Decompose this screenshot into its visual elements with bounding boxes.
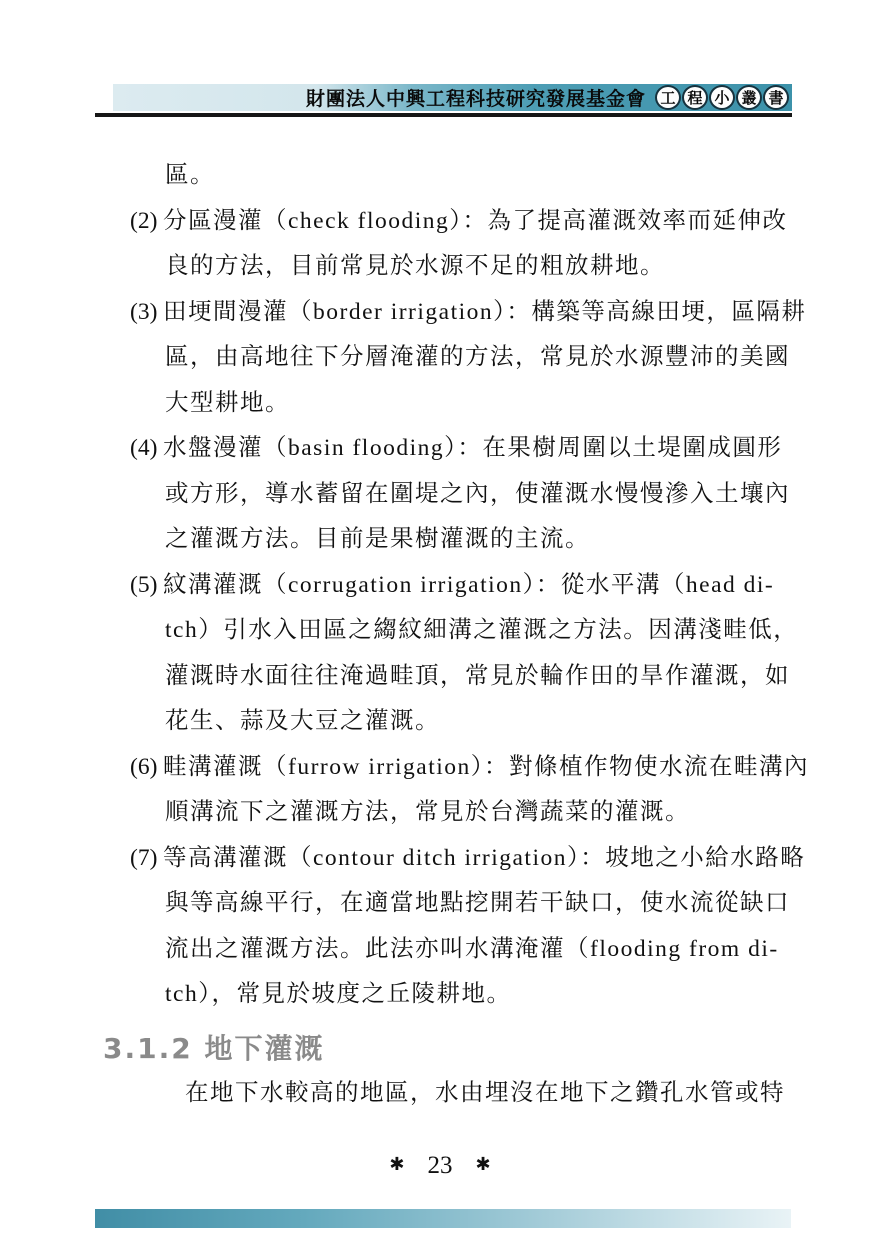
series-badge-char: 工 — [655, 85, 681, 110]
text-line: 良的方法，目前常見於水源不足的粗放耕地。 — [130, 244, 790, 290]
text-line: 大型耕地。 — [130, 381, 790, 427]
text-line: 之灌溉方法。目前是果樹灌溉的主流。 — [130, 517, 790, 563]
series-badge-char: 小 — [709, 85, 735, 110]
list-item-4: (4)水盤漫灌（basin flooding）：在果樹周圍以土堤圍成圓形 或方形… — [130, 426, 790, 563]
text-line: 與等高線平行，在適當地點挖開若干缺口，使水流從缺口 — [130, 881, 790, 927]
footer-bar — [95, 1209, 791, 1228]
text-line: 區。 — [130, 153, 790, 199]
page-content: 區。 (2)分區漫灌（check flooding）：為了提高灌溉效率而延伸改 … — [130, 153, 790, 1117]
list-item-5: (5)紋溝灌溉（corrugation irrigation）：從水平溝（hea… — [130, 563, 790, 745]
text-line: (3)田埂間漫灌（border irrigation）：構築等高線田埂，區隔耕 — [130, 290, 790, 336]
text-line: tch）引水入田區之縐紋細溝之灌溉之方法。因溝淺畦低， — [130, 608, 790, 654]
section-heading: 3.1.2 地下灌溉 — [103, 1018, 790, 1072]
text-line: (5)紋溝灌溉（corrugation irrigation）：從水平溝（hea… — [130, 563, 790, 609]
page-number: 23 — [428, 1152, 453, 1179]
series-badge-char: 程 — [682, 85, 708, 110]
text-line: 區，由高地往下分層淹灌的方法，常見於水源豐沛的美國 — [130, 335, 790, 381]
text-line: (6)畦溝灌溉（furrow irrigation）：對條植作物使水流在畦溝內 — [130, 745, 790, 791]
series-badge-char: 叢 — [736, 85, 762, 110]
list-item-3: (3)田埂間漫灌（border irrigation）：構築等高線田埂，區隔耕 … — [130, 290, 790, 427]
text-line: (7)等高溝灌溉（contour ditch irrigation）：坡地之小給… — [130, 836, 790, 882]
item-number: (5) — [130, 563, 163, 609]
text-line: 分區漫灌（check flooding）：為了提高灌溉效率而延伸改 — [163, 208, 788, 234]
series-badges: 工 程 小 叢 書 — [655, 85, 789, 110]
item-number: (3) — [130, 290, 163, 336]
item-number: (6) — [130, 745, 163, 791]
text-line: 或方形，導水蓄留在圍堤之內，使灌溉水慢慢滲入土壤內 — [130, 472, 790, 518]
text-line: 田埂間漫灌（border irrigation）：構築等高線田埂，區隔耕 — [163, 299, 806, 325]
paragraph-line: 在地下水較高的地區，水由埋沒在地下之鑽孔水管或特 — [130, 1071, 790, 1117]
text-line: (2)分區漫灌（check flooding）：為了提高灌溉效率而延伸改 — [130, 199, 790, 245]
text-line: 紋溝灌溉（corrugation irrigation）：從水平溝（head d… — [163, 572, 774, 598]
list-item-7: (7)等高溝灌溉（contour ditch irrigation）：坡地之小給… — [130, 836, 790, 1018]
page-number-row: ✱23✱ — [0, 1152, 880, 1180]
item-number: (4) — [130, 426, 163, 472]
text-line: 流出之灌溉方法。此法亦叫水溝淹灌（flooding from di- — [130, 927, 790, 973]
list-item-2: (2)分區漫灌（check flooding）：為了提高灌溉效率而延伸改 良的方… — [130, 199, 790, 290]
text-line: 順溝流下之灌溉方法，常見於台灣蔬菜的灌溉。 — [130, 790, 790, 836]
header-bar: 財團法人中興工程科技研究發展基金會 工 程 小 叢 書 — [113, 84, 792, 111]
text-line: 畦溝灌溉（furrow irrigation）：對條植作物使水流在畦溝內 — [163, 754, 809, 780]
star-icon: ✱ — [476, 1154, 491, 1174]
series-badge-char: 書 — [763, 85, 789, 110]
text-line: 花生、蒜及大豆之灌溉。 — [130, 699, 790, 745]
text-line: tch），常見於坡度之丘陵耕地。 — [130, 972, 790, 1018]
item-number: (2) — [130, 199, 163, 245]
header-title: 財團法人中興工程科技研究發展基金會 — [306, 84, 646, 111]
text-line: (4)水盤漫灌（basin flooding）：在果樹周圍以土堤圍成圓形 — [130, 426, 790, 472]
text-line: 水盤漫灌（basin flooding）：在果樹周圍以土堤圍成圓形 — [163, 435, 782, 461]
star-icon: ✱ — [389, 1154, 404, 1174]
list-item-6: (6)畦溝灌溉（furrow irrigation）：對條植作物使水流在畦溝內 … — [130, 745, 790, 836]
item-number: (7) — [130, 836, 163, 882]
book-page: 財團法人中興工程科技研究發展基金會 工 程 小 叢 書 區。 (2)分區漫灌（c… — [0, 0, 880, 1240]
text-line: 灌溉時水面往往淹過畦頂，常見於輪作田的旱作灌溉，如 — [130, 654, 790, 700]
header-rule — [95, 113, 792, 117]
text-line: 等高溝灌溉（contour ditch irrigation）：坡地之小給水路略 — [163, 845, 805, 871]
